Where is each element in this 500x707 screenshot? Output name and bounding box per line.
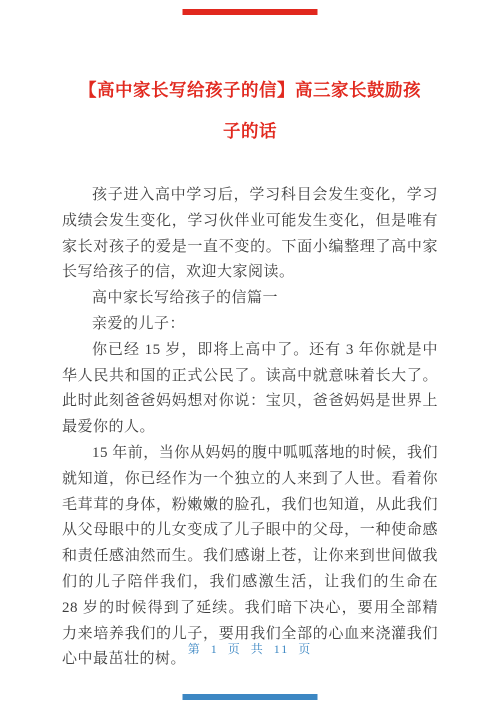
page-number-text: 第 1 页 共 11 页: [188, 642, 313, 656]
body-paragraph: 亲爱的儿子：: [62, 312, 438, 338]
body-paragraph: 15 年前，当你从妈妈的腹中呱呱落地的时候，我们就知道，你已经作为一个独立的人来…: [62, 441, 438, 673]
document-page: 【高中家长写给孩子的信】高三家长鼓励孩子的话 孩子进入高中学习后，学习科目会发生…: [0, 0, 500, 707]
bottom-accent-bar: [183, 694, 318, 700]
body-paragraph: 孩子进入高中学习后，学习科目会发生变化，学习成绩会发生变化，学习伙伴业可能发生变…: [62, 183, 438, 286]
top-accent-bar: [183, 9, 318, 15]
document-body: 孩子进入高中学习后，学习科目会发生变化，学习成绩会发生变化，学习伙伴业可能发生变…: [62, 183, 438, 673]
page-footer: 第 1 页 共 11 页: [0, 640, 500, 657]
body-paragraph: 高中家长写给孩子的信篇一: [62, 286, 438, 312]
document-title: 【高中家长写给孩子的信】高三家长鼓励孩子的话: [79, 70, 421, 152]
body-paragraph: 你已经 15 岁，即将上高中了。还有 3 年你就是中华人民共和国的正式公民了。读…: [62, 338, 438, 441]
